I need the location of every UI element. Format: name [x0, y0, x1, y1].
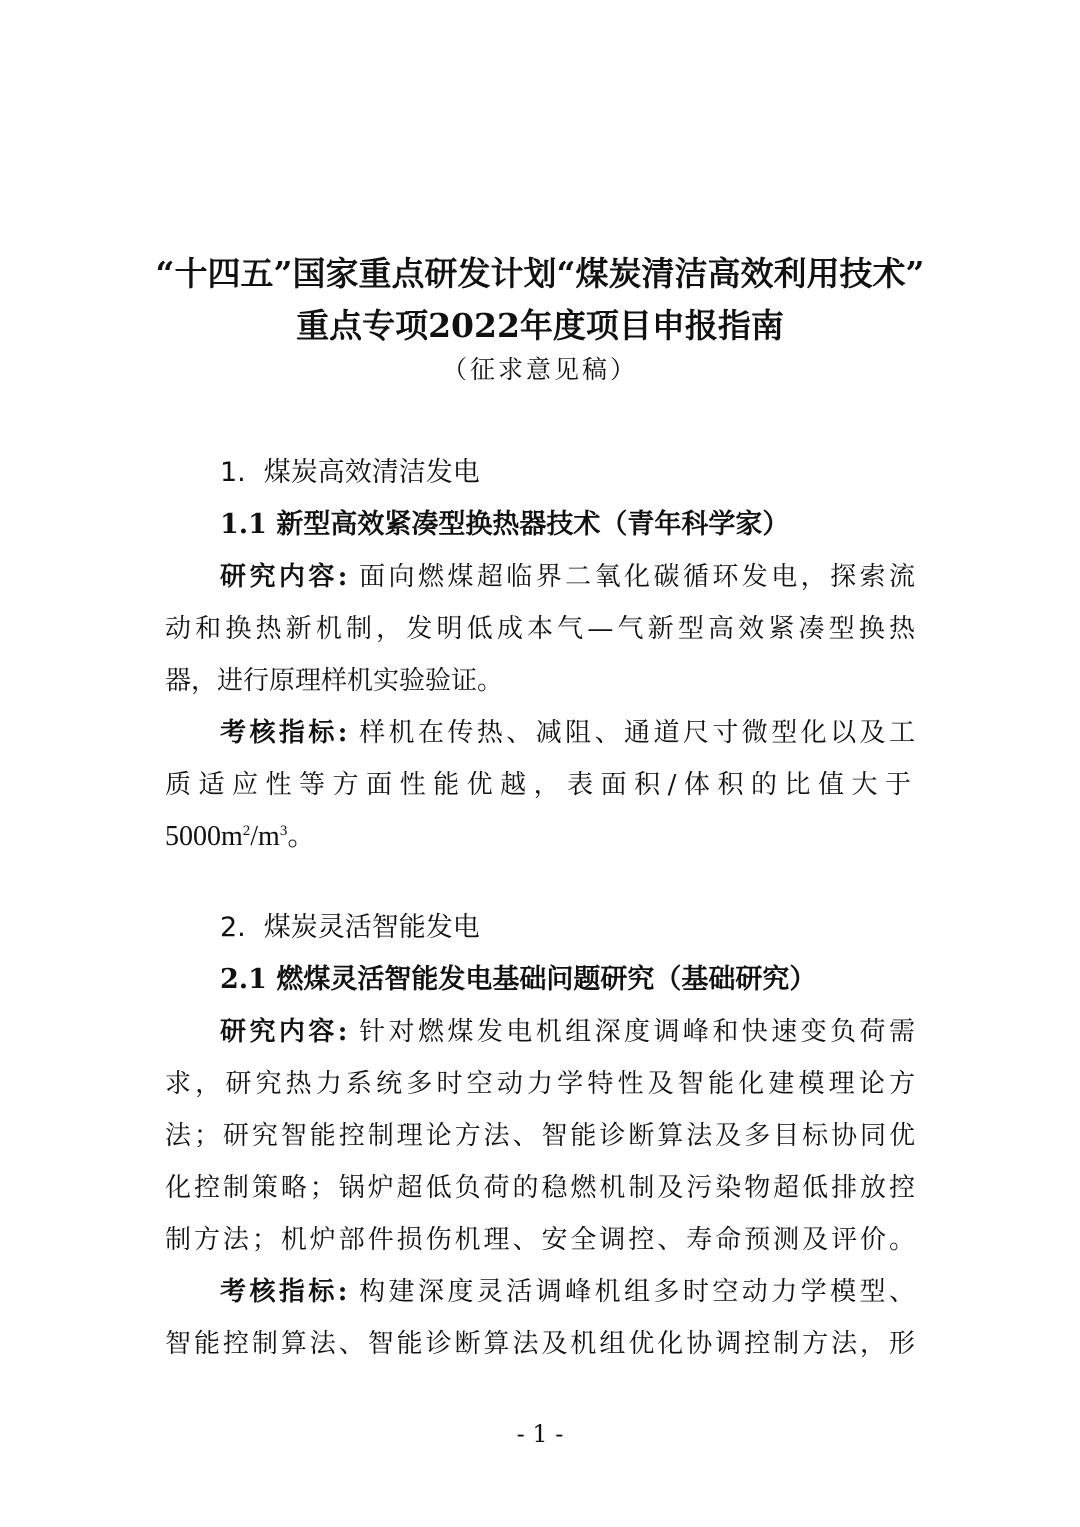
paragraph-line: 智能控制算法、智能诊断算法及机组优化协调控制方法，形 — [165, 1326, 915, 1362]
subsection-2-1-heading: 2.1 燃煤灵活智能发电基础问题研究（基础研究） — [220, 962, 915, 998]
assessment-label: 考核指标: — [220, 1277, 347, 1307]
document-page: “十四五”国家重点研发计划“煤炭清洁高效利用技术” 重点专项2022年度项目申报… — [0, 0, 1080, 1527]
paragraph-line: 法；研究智能控制理论方法、智能诊断算法及多目标协同优 — [165, 1118, 915, 1154]
paragraph-text: 样机在传热、减阻、通道尺寸微型化以及工 — [359, 718, 915, 748]
paragraph-line: 考核指标: 样机在传热、减阻、通道尺寸微型化以及工 — [220, 715, 915, 751]
paragraph-line: 求，研究热力系统多时空动力学特性及智能化建模理论方 — [165, 1066, 915, 1102]
unit-text: /m — [250, 821, 280, 852]
document-subtitle: （征求意见稿） — [0, 350, 1080, 386]
section-number: 2. — [220, 912, 246, 943]
unit-text: 5000m — [165, 821, 243, 852]
paragraph-line: 器，进行原理样机实验验证。 — [165, 663, 915, 699]
section-title: 煤炭灵活智能发电 — [264, 912, 480, 943]
paragraph-text: 面向燃煤超临界二氧化碳循环发电，探索流 — [359, 562, 915, 592]
assessment-label: 考核指标: — [220, 718, 347, 748]
document-title-line-2: 重点专项2022年度项目申报指南 — [0, 300, 1080, 347]
paragraph-line: 5000m2/m3。 — [165, 819, 915, 855]
research-content-label: 研究内容: — [220, 1017, 347, 1047]
paragraph-line: 研究内容: 面向燃煤超临界二氧化碳循环发电，探索流 — [220, 559, 915, 595]
research-content-label: 研究内容: — [220, 562, 347, 592]
paragraph-line: 研究内容: 针对燃煤发电机组深度调峰和快速变负荷需 — [220, 1014, 915, 1050]
paragraph-text: 针对燃煤发电机组深度调峰和快速变负荷需 — [359, 1017, 915, 1047]
paragraph-line: 化控制策略；锅炉超低负荷的稳燃机制及污染物超低排放控 — [165, 1170, 915, 1206]
paragraph-line: 质适应性等方面性能优越，表面积/体积的比值大于 — [165, 767, 915, 803]
section-title: 煤炭高效清洁发电 — [264, 457, 480, 488]
paragraph-line: 动和换热新机制，发明低成本气—气新型高效紧凑型换热 — [165, 611, 915, 647]
section-number: 1. — [220, 457, 246, 488]
section-2-heading: 2.煤炭灵活智能发电 — [220, 910, 915, 946]
section-1-heading: 1.煤炭高效清洁发电 — [220, 455, 915, 491]
punctuation: 。 — [287, 821, 315, 852]
document-title-line-1: “十四五”国家重点研发计划“煤炭清洁高效利用技术” — [0, 248, 1080, 295]
paragraph-line: 考核指标: 构建深度灵活调峰机组多时空动力学模型、 — [220, 1274, 915, 1310]
paragraph-line: 制方法；机炉部件损伤机理、安全调控、寿命预测及评价。 — [165, 1222, 915, 1258]
page-number: - 1 - — [0, 1420, 1080, 1448]
subsection-1-1-heading: 1.1 新型高效紧凑型换热器技术（青年科学家） — [220, 507, 915, 543]
paragraph-text: 构建深度灵活调峰机组多时空动力学模型、 — [359, 1277, 915, 1307]
